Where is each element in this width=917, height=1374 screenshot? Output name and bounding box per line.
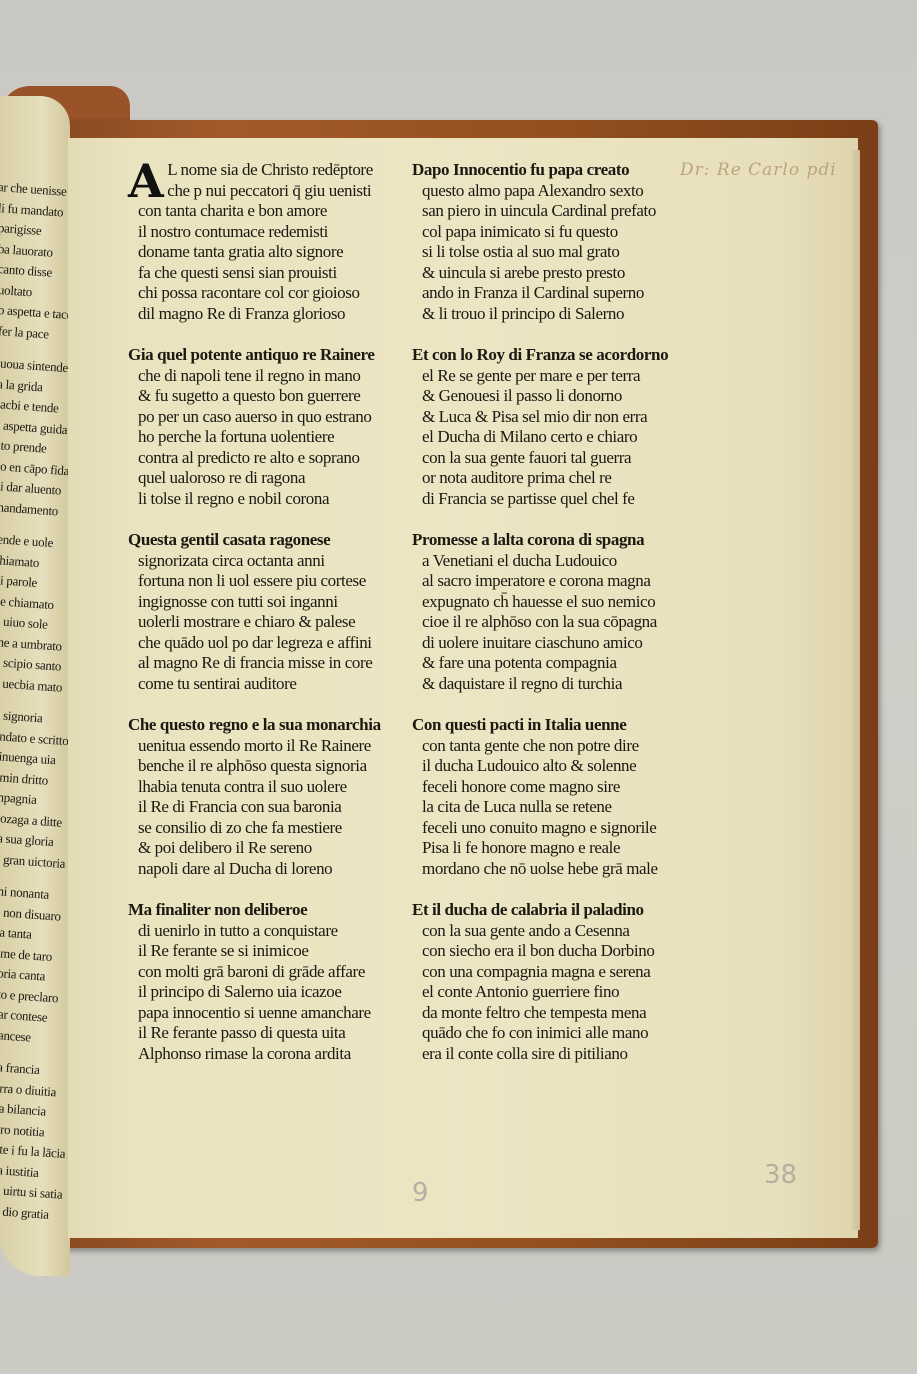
stanza: Et il ducha de calabria il paladinocon l…: [412, 900, 702, 1064]
left-page-fragment: ar che uenisseli fu mandatoparigisseba l…: [0, 96, 70, 1276]
left-page-line: ne chiamato: [0, 594, 54, 612]
verse-line: Che questo regno e la sua monarchia: [128, 715, 408, 736]
left-page-line: lto e preclaro: [0, 987, 59, 1005]
verse-line: Ma finaliter non deliberoe: [128, 900, 408, 921]
page-edge: [852, 150, 860, 1230]
verse-line: con una compagnia magna e serena: [412, 962, 702, 983]
verse-line: Alphonso rimase la corona ardita: [128, 1044, 408, 1065]
verse-line: napoli dare al Ducha di loreno: [128, 859, 408, 880]
left-page-line: chiamato: [0, 553, 40, 570]
verse-line: san piero in uincula Cardinal prefato: [412, 201, 702, 222]
verse-line: al magno Re di francia misse in core: [128, 653, 408, 674]
left-page-line: rancese: [0, 1028, 31, 1045]
verse-line: col papa inimicato si fu questo: [412, 222, 702, 243]
verse-line: il Re ferante passo di questa uita: [128, 1023, 408, 1044]
stanza: Promesse a lalta corona di spagnaa Venet…: [412, 530, 702, 694]
verse-line: uolerli mostrare e chiaro & palese: [128, 612, 408, 633]
verse-line: al sacro imperatore e corona magna: [412, 571, 702, 592]
text-column-right: Dapo Innocentio fu papa creatoquesto alm…: [412, 160, 702, 1085]
verse-line: el Re se gente per mare e per terra: [412, 366, 702, 387]
left-page-line: za tanta: [0, 925, 32, 942]
left-page-line: toria canta: [0, 966, 46, 984]
verse-line: che di napoli tene il regno in mano: [128, 366, 408, 387]
verse-line: di Francia se partisse quel chel fe: [412, 489, 702, 510]
left-page-line: a uecbia mato: [0, 676, 63, 695]
left-page-line: erra o diuitia: [0, 1081, 57, 1099]
verse-line: ho perche la fortuna uolentiere: [128, 427, 408, 448]
left-page-line: mandamento: [0, 500, 58, 518]
left-page-line: a dio gratia: [0, 1204, 49, 1222]
stanza: Gia quel potente antiquo re Rainereche d…: [128, 345, 408, 509]
verse-line: quādo che fo con inimici alle mano: [412, 1023, 702, 1044]
verse-line: & fu sugetto a questo bon guerrere: [128, 386, 408, 407]
verse-line: ando in Franza il Cardinal superno: [412, 283, 702, 304]
left-page-line: la sua gloria: [0, 831, 54, 849]
verse-line: feceli honore come magno sire: [412, 777, 702, 798]
left-page-line: uoltato: [0, 283, 32, 299]
left-page-line: o uiuo sole: [0, 614, 48, 632]
verse-line: ingignosse con tutti soi inganni: [128, 592, 408, 613]
left-page-line: canto disse: [0, 262, 52, 280]
stanza: AL nome sia de Christo redēptoreche p nu…: [128, 160, 408, 324]
verse-line: che quādo uol po dar legreza e affini: [128, 633, 408, 654]
verse-line: Questa gentil casata ragonese: [128, 530, 408, 551]
left-page-line: sinuenga uia: [0, 749, 56, 767]
left-page-line: mpagnia: [0, 790, 37, 807]
left-page-line: uro notitia: [0, 1122, 45, 1139]
left-page-line: tito prende: [0, 438, 47, 456]
left-page-line: la francia: [0, 1060, 40, 1077]
verse-line: quel ualoroso re di ragona: [128, 468, 408, 489]
verse-line: signorizata circa octanta anni: [128, 551, 408, 572]
verse-line: con molti grā baroni di grāde affare: [128, 962, 408, 983]
verse-line: & daquistare il regno di turchia: [412, 674, 702, 695]
left-page-line: far contese: [0, 1007, 48, 1025]
text-column-left: AL nome sia de Christo redēptoreche p nu…: [128, 160, 408, 1085]
verse-line: da monte feltro che tempesta mena: [412, 1003, 702, 1024]
verse-line: fa che questi sensi sian prouisti: [128, 263, 408, 284]
verse-line: & uincula si arebe presto presto: [412, 263, 702, 284]
left-page-line: nuoua sintende: [0, 356, 68, 375]
verse-line: feceli uno conuito magno e signorile: [412, 818, 702, 839]
stanza: Che questo regno e la sua monarchiauenit…: [128, 715, 408, 879]
verse-line: il nostro contumace redemisti: [128, 222, 408, 243]
stanza: Questa gentil casata ragonesesignorizata…: [128, 530, 408, 694]
verse-line: mordano che nō uolse hebe grā male: [412, 859, 702, 880]
verse-line: a Venetiani el ducha Ludouico: [412, 551, 702, 572]
left-page-line: andato e scritto: [0, 729, 69, 748]
stanza: Ma finaliter non deliberoedi uenirlo in …: [128, 900, 408, 1064]
verse-line: expugnato ch̄ hauesse el suo nemico: [412, 592, 702, 613]
stanza: Con questi pacti in Italia uennecon tant…: [412, 715, 702, 879]
left-page-line: n signoria: [0, 708, 43, 725]
verse-line: or nota auditore prima chel re: [412, 468, 702, 489]
verse-line: il Re di Francia con sua baronia: [128, 797, 408, 818]
verse-line: el conte Antonio guerriere fino: [412, 982, 702, 1003]
left-page-line: ete i fu la lācia: [0, 1142, 66, 1161]
verse-line: & li trouo il principo di Salerno: [412, 304, 702, 325]
verse-line: Pisa li fe honore magno e reale: [412, 838, 702, 859]
verse-line: contra al predicto re alto e soprano: [128, 448, 408, 469]
left-page-line: mi nonanta: [0, 884, 49, 902]
verse-line: li tolse il regno e nobil corona: [128, 489, 408, 510]
verse-line: doname tanta gratia alto signore: [128, 242, 408, 263]
left-page-line: ta la grida: [0, 377, 43, 394]
left-page-line: o uirtu si satia: [0, 1183, 63, 1202]
verse-line: fortuna non li uol essere piu cortese: [128, 571, 408, 592]
verse-line: con la sua gente ando a Cesenna: [412, 921, 702, 942]
verse-line: Gia quel potente antiquo re Rainere: [128, 345, 408, 366]
verse-line: il principo di Salerno uia icazoe: [128, 982, 408, 1003]
manuscript-annotation: Dr: Re Carlo pdi: [680, 160, 837, 180]
verse-line: con tanta charita e bon amore: [128, 201, 408, 222]
verse-line: & Genouesi il passo li donorno: [412, 386, 702, 407]
verse-line: papa innocentio si uenne amanchare: [128, 1003, 408, 1024]
stanza: Et con lo Roy di Franza se acordornoel R…: [412, 345, 702, 509]
verse-line: L nome sia de Christo redēptore: [128, 160, 408, 181]
pencil-folio-number: 38: [764, 1160, 797, 1190]
verse-line: che p nui peccatori q̄ giu uenisti: [128, 181, 408, 202]
drop-cap-initial: A: [128, 162, 163, 200]
verse-line: lhabia tenuta contra il suo uolere: [128, 777, 408, 798]
verse-line: dil magno Re di Franza glorioso: [128, 304, 408, 325]
verse-line: questo almo papa Alexandro sexto: [412, 181, 702, 202]
verse-line: & poi delibero il Re sereno: [128, 838, 408, 859]
verse-line: se consilio di zo che fa mestiere: [128, 818, 408, 839]
left-page-line: o aspetta guida: [0, 418, 68, 437]
left-page-line: di parole: [0, 573, 38, 590]
verse-line: la cita de Luca nulla se retene: [412, 797, 702, 818]
verse-line: il Re ferante se si inimicoe: [128, 941, 408, 962]
verse-line: il ducha Ludouico alto & solenne: [412, 756, 702, 777]
verse-line: Dapo Innocentio fu papa creato: [412, 160, 702, 181]
pencil-signature-mark: 9: [412, 1178, 429, 1208]
verse-line: era il conte colla sire di pitiliano: [412, 1044, 702, 1065]
verse-line: uenitua essendo morto il Re Rainere: [128, 736, 408, 757]
left-page-line: ume de taro: [0, 946, 52, 964]
left-page-line: sa bilancia: [0, 1101, 46, 1119]
left-page-line: parigisse: [0, 221, 42, 238]
left-page-line: la iustitia: [0, 1163, 39, 1180]
verse-line: con la sua gente fauori tal guerra: [412, 448, 702, 469]
verse-line: & Luca & Pisa sel mio dir non erra: [412, 407, 702, 428]
left-page-line: fer la pace: [0, 324, 49, 342]
left-page-line: li fu mandato: [0, 201, 64, 220]
verse-line: come tu sentirai auditore: [128, 674, 408, 695]
left-page-line: amin dritto: [0, 770, 48, 788]
verse-line: con siecho era il bon ducha Dorbino: [412, 941, 702, 962]
left-page-line: tende e uole: [0, 532, 54, 550]
verse-line: & fare una potenta compagnia: [412, 653, 702, 674]
verse-line: di uolere inuitare ciaschuno amico: [412, 633, 702, 654]
left-page-line: bacbi e tende: [0, 397, 59, 415]
verse-line: con tanta gente che non potre dire: [412, 736, 702, 757]
verse-line: el Ducha di Milano certo e chiaro: [412, 427, 702, 448]
verse-line: cioe il re alphōso con la sua cōpagna: [412, 612, 702, 633]
left-page-line: me a umbrato: [0, 635, 62, 654]
verse-line: Promesse a lalta corona di spagna: [412, 530, 702, 551]
left-page-line: n gran uictoria: [0, 852, 66, 871]
verse-line: si li tolse ostia al suo mal grato: [412, 242, 702, 263]
verse-line: di uenirlo in tutto a conquistare: [128, 921, 408, 942]
verse-line: po per un caso auerso in quo estrano: [128, 407, 408, 428]
left-page-line: o scipio santo: [0, 655, 62, 674]
left-page-line: po en cāpo fida: [0, 459, 70, 478]
left-page-line: o aspetta e tace: [0, 303, 70, 322]
left-page-line: o non disuaro: [0, 905, 61, 924]
left-page-line: ba lauorato: [0, 242, 53, 260]
left-page-line: gozaga a ditte: [0, 811, 62, 830]
left-page-line: di dar aluento: [0, 479, 62, 498]
verse-line: benche il re alphōso questa signoria: [128, 756, 408, 777]
verse-line: Et con lo Roy di Franza se acordorno: [412, 345, 702, 366]
stanza: Dapo Innocentio fu papa creatoquesto alm…: [412, 160, 702, 324]
verse-line: Et il ducha de calabria il paladino: [412, 900, 702, 921]
verse-line: chi possa racontare col cor gioioso: [128, 283, 408, 304]
left-page-line: ar che uenisse: [0, 180, 67, 199]
verse-line: Con questi pacti in Italia uenne: [412, 715, 702, 736]
